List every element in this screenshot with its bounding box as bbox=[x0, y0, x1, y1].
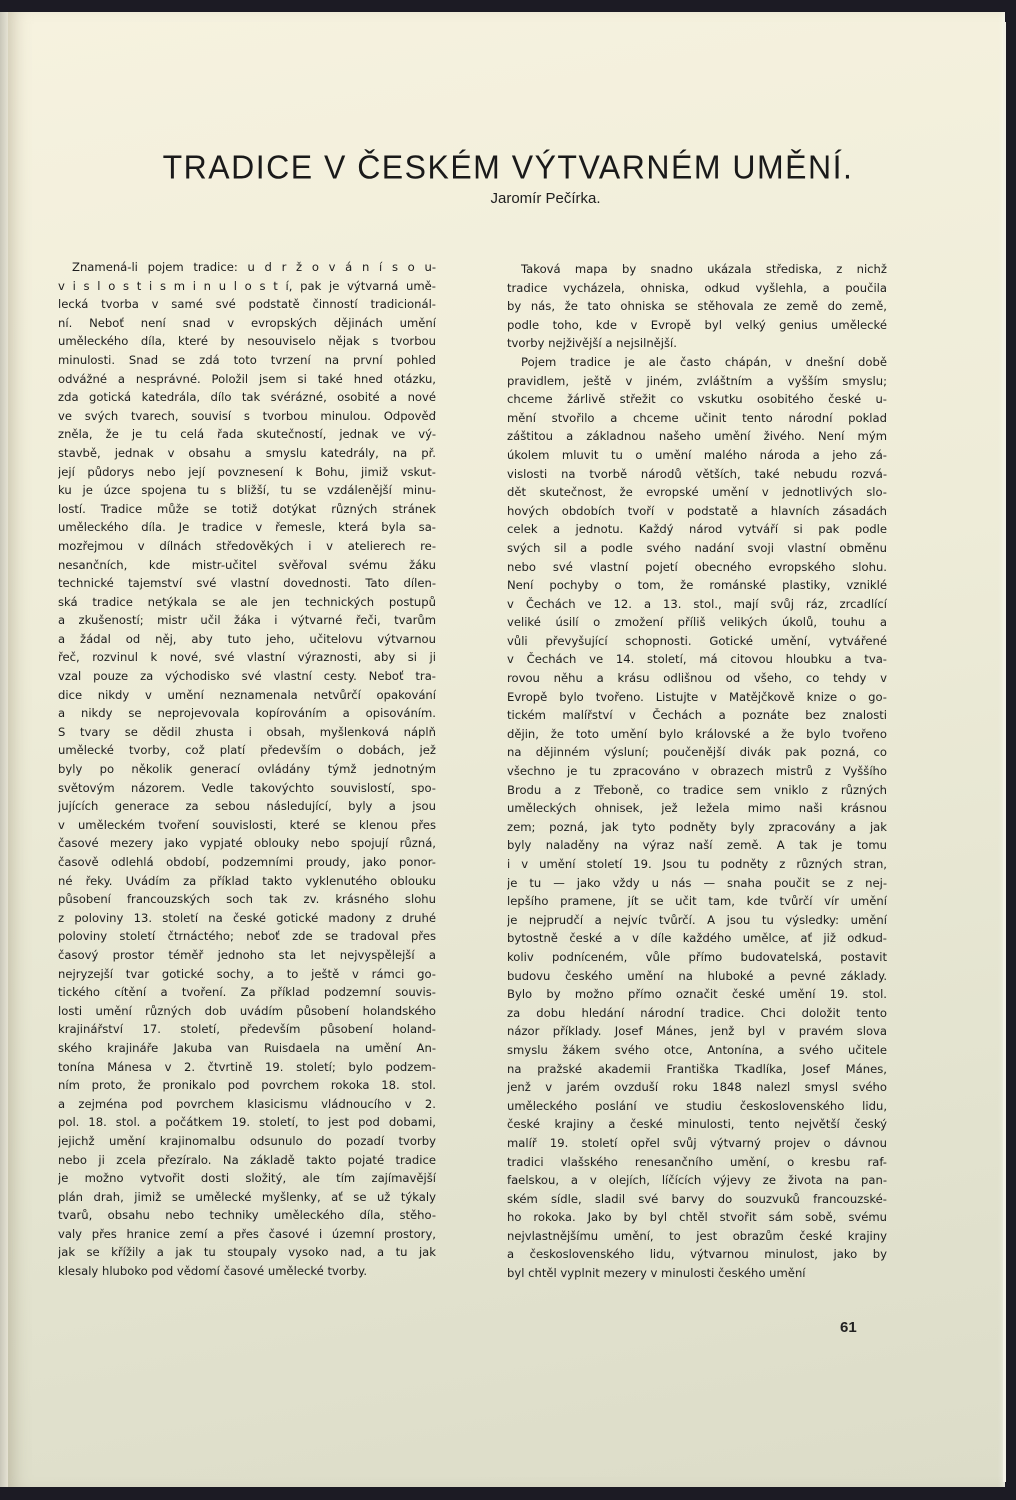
text-line: dějin, že toto umění bylo královské a že… bbox=[507, 725, 887, 744]
text-line: Evropě bylo tvořeno. Listujte v Matějčko… bbox=[507, 688, 887, 707]
text-line: malíř 19. století opřel svůj výtvarný pr… bbox=[507, 1134, 887, 1153]
text-line: pravidlem, ještě v jiném, zvláštním a vy… bbox=[507, 372, 887, 391]
text-line: poloviny století čtrnáctého; neboť zde s… bbox=[58, 927, 436, 946]
text-line: všechno je tu zpracováno v obrazech mist… bbox=[507, 762, 887, 781]
text-line: z poloviny 13. století na české gotické … bbox=[58, 909, 436, 928]
text-line: za dobu hledání národní tradice. Chci do… bbox=[507, 1004, 887, 1023]
text-line: tvorby nejživější a nejsilnější. bbox=[507, 334, 887, 353]
text-line: vzal pouze za východisko své vlastní ces… bbox=[58, 667, 436, 686]
text-line: uměleckého poslání ve studiu českosloven… bbox=[507, 1097, 887, 1116]
left-text-column: Znamená-li pojem tradice: u d r ž o v á … bbox=[58, 258, 436, 1281]
text-line: světovým názorem. Vedle takovýchto souvi… bbox=[58, 779, 436, 798]
text-line: tického cítění a tvoření. Za příklad pod… bbox=[58, 983, 436, 1002]
text-line: tonína Mánesa v 2. čtvrtině 19. století;… bbox=[58, 1058, 436, 1077]
text-line: vůli převyšující schopnosti. Gotické umě… bbox=[507, 632, 887, 651]
text-line: na pražské akademii Františka Tkadlíka, … bbox=[507, 1060, 887, 1079]
text-line: budovu českého umění na hluboké a pevné … bbox=[507, 967, 887, 986]
text-line: chceme žárlivě střežit co vskutku osobit… bbox=[507, 390, 887, 409]
text-line: krajinářství 17. století, především půso… bbox=[58, 1020, 436, 1039]
text-line: české krajiny a české minulosti, tento n… bbox=[507, 1115, 887, 1134]
text-line: ním proto, že pronikalo pod povrchem rok… bbox=[58, 1076, 436, 1095]
text-line: nejryzejší tvar gotické sochy, a to ješt… bbox=[58, 965, 436, 984]
text-line: časové mezery jako vypjaté oblouky nebo … bbox=[58, 834, 436, 853]
text-line: byly naladěny na výraz naší země. A tak … bbox=[507, 836, 887, 855]
text-line: tradici vlašského renesančního umění, o … bbox=[507, 1153, 887, 1172]
text-line: Znamená-li pojem tradice: u d r ž o v á … bbox=[58, 258, 436, 277]
text-line: nebo ji zcela přezíralo. Na základě takt… bbox=[58, 1151, 436, 1170]
text-line: celek a jednotu. Každý národ vytváří si … bbox=[507, 520, 887, 539]
text-line: lostí. Tradice může se totiž dotýkat růz… bbox=[58, 500, 436, 519]
right-text-column: Taková mapa by snadno ukázala střediska,… bbox=[507, 260, 887, 1283]
article-author: Jaromír Pečírka. bbox=[0, 190, 1016, 207]
text-line: smyslu žákem svého otce, Antonína, a své… bbox=[507, 1041, 887, 1060]
text-line: jujících generace za sebou následující, … bbox=[58, 797, 436, 816]
text-line: podle toho, kde v Evropě byl velký geniu… bbox=[507, 316, 887, 335]
text-line: jenž v jarém ovzduší roku 1848 nalezl sm… bbox=[507, 1078, 887, 1097]
text-line: dice nikdy v umění neznamenala netvůrčí … bbox=[58, 686, 436, 705]
text-line: v Čechách ve 12. a 13. stol., mají svůj … bbox=[507, 595, 887, 614]
text-line: odvážné a nesprávné. Položil jsem si tak… bbox=[58, 370, 436, 389]
text-line: Není pochyby o tom, že románské plastiky… bbox=[507, 576, 887, 595]
text-line: uměleckých ohnisek, jež ležela mimo naši… bbox=[507, 799, 887, 818]
text-line: nebo své vlastní pojetí obecného evropsk… bbox=[507, 558, 887, 577]
text-line: veliké úsilí o zmožení příliš velikých ú… bbox=[507, 613, 887, 632]
text-line: tickém malířství v Čechách a poznáte bez… bbox=[507, 706, 887, 725]
text-line: úkolem mluvit tu o umění malého národa a… bbox=[507, 446, 887, 465]
text-line: ská tradice netýkala se ale jen technick… bbox=[58, 593, 436, 612]
text-line: ve svých tvarech, souvisí s tvorbou minu… bbox=[58, 407, 436, 426]
text-line: a československého lidu, výtvarnou minul… bbox=[507, 1245, 887, 1264]
text-line: by nás, že tato ohniska se stěhovala ze … bbox=[507, 297, 887, 316]
text-line: faelskou, a v olejích, líčících výjevy z… bbox=[507, 1171, 887, 1190]
page-right-edge bbox=[1003, 22, 1006, 1482]
page-number: 61 bbox=[840, 1319, 857, 1336]
text-line: časový prostor téměř jednoho sta let nej… bbox=[58, 946, 436, 965]
text-line: svých sil a podle svého nadání svoji vla… bbox=[507, 539, 887, 558]
text-line: ku je úzce spojena tu s bližší, tu se vz… bbox=[58, 481, 436, 500]
text-line: zem; pozná, jak tyto podněty byly zpraco… bbox=[507, 818, 887, 837]
text-line: v Čechách ve 14. století, má citovou hlo… bbox=[507, 650, 887, 669]
text-line: bytostně české a v díle každého umělce, … bbox=[507, 929, 887, 948]
text-line: časově odlehlá období, podzemními proudy… bbox=[58, 853, 436, 872]
text-line: lecká tvorba v samé své podstatě činnost… bbox=[58, 295, 436, 314]
text-line: nesančních, kde mistr-učitel svěřoval sv… bbox=[58, 556, 436, 575]
text-line: Brodu a z Třeboně, co tradice sem vniklo… bbox=[507, 781, 887, 800]
text-line: jejichž umění krajinomalbu odsunulo do p… bbox=[58, 1132, 436, 1151]
text-line: i v umění století 19. Jsou tu podněty z … bbox=[507, 855, 887, 874]
text-line: dět skutečnost, že evropské umění v jedn… bbox=[507, 483, 887, 502]
text-line: valy přes hranice zemí a přes časové i ú… bbox=[58, 1225, 436, 1244]
text-line: né řeky. Uvádím za příklad takto vyklenu… bbox=[58, 872, 436, 891]
text-line: nejvlastnějšímu umění, to jest obrazům č… bbox=[507, 1227, 887, 1246]
text-line: rovou něhu a krásu odlišnou od všeho, co… bbox=[507, 669, 887, 688]
text-line: hových obdobích tvoří v podstatě a hlavn… bbox=[507, 502, 887, 521]
text-line: působení francouzských soch tak zv. krás… bbox=[58, 890, 436, 909]
text-line: minulosti. Snad se zdá toto tvrzení na p… bbox=[58, 351, 436, 370]
text-line: je tu — jako vždy u nás — snaha poučit s… bbox=[507, 874, 887, 893]
text-line: Bylo by možno přímo označit české umění … bbox=[507, 985, 887, 1004]
text-line: v i s l o s t i s m i n u l o s t í, pak… bbox=[58, 277, 436, 296]
text-line: zněla, že je tu celá řada skutečností, j… bbox=[58, 425, 436, 444]
text-line: názor příklady. Josef Mánes, jenž byl v … bbox=[507, 1022, 887, 1041]
text-line: řeč, rozvinul k nové, své vlastní výrazn… bbox=[58, 648, 436, 667]
text-line: v uměleckém tvoření souvislosti, které s… bbox=[58, 816, 436, 835]
text-line: umělecké tvorby, což platí především o d… bbox=[58, 741, 436, 760]
text-line: na dějinném výsluní; poučenější divák pa… bbox=[507, 743, 887, 762]
text-line: S tvary se dědil zhusta i obsah, myšlenk… bbox=[58, 723, 436, 742]
text-line: a žádal od něj, aby tuto jeho, učitelovu… bbox=[58, 630, 436, 649]
text-line: byl chtěl vyplnit mezery v minulosti čes… bbox=[507, 1264, 887, 1283]
text-line: ní. Neboť není snad v evropských dějinác… bbox=[58, 314, 436, 333]
text-line: ském sídle, sladil své barvy do souzvuků… bbox=[507, 1190, 887, 1209]
text-line: byly po několik generací ovládány týmž j… bbox=[58, 760, 436, 779]
text-line: mozřejmou v dílnách středověkých i v ate… bbox=[58, 537, 436, 556]
text-line: uměleckého díla. Je tradice v řemesle, k… bbox=[58, 518, 436, 537]
text-line: ho rokoka. Jako by byl chtěl stvořit sám… bbox=[507, 1208, 887, 1227]
text-line: uměleckého díla, které by nesouviselo ně… bbox=[58, 332, 436, 351]
text-line: lepšího pramene, jít se učit tam, kde tv… bbox=[507, 892, 887, 911]
text-line: Pojem tradice je ale často chápán, v dne… bbox=[507, 353, 887, 372]
text-line: a zejména pod povrchem klasicismu vládno… bbox=[58, 1095, 436, 1114]
article-title: TRADICE V ČESKÉM VÝTVARNÉM UMĚNÍ. bbox=[0, 149, 1016, 188]
text-line: záštitou a základnou našeho umění živého… bbox=[507, 427, 887, 446]
text-line: tvarů, obsahu nebo techniky uměleckého d… bbox=[58, 1206, 436, 1225]
text-line: plán drah, jimiž se umělecké myšlenky, a… bbox=[58, 1188, 436, 1207]
text-line: je nejprudčí a nejvíc tvůrčí. A jsou tu … bbox=[507, 911, 887, 930]
text-line: koliv podníceném, vůle přímo budovatelsk… bbox=[507, 948, 887, 967]
text-line: zda gotická katedrála, dílo tak svérázné… bbox=[58, 388, 436, 407]
text-line: je možno vytvořit dosti složitý, ale tím… bbox=[58, 1169, 436, 1188]
text-line: a zkušeností; mistr učil žáka i výtvarné… bbox=[58, 611, 436, 630]
text-line: tradice vycházela, ohniska, odkud vyšleh… bbox=[507, 279, 887, 298]
text-line: a nikdy se neprojevovala kopírováním a o… bbox=[58, 704, 436, 723]
text-line: klesaly hluboko pod vědomí časové umělec… bbox=[58, 1262, 436, 1281]
text-line: pol. 18. stol. a počátkem 19. století, t… bbox=[58, 1113, 436, 1132]
text-line: mění stvořilo a chceme učinit tento náro… bbox=[507, 409, 887, 428]
text-line: losti umění různých dob uvádím působení … bbox=[58, 1002, 436, 1021]
text-line: vislosti na tvorbě národů větších, také … bbox=[507, 465, 887, 484]
text-line: stavbě, jednak v obsahu a smyslu katedrá… bbox=[58, 444, 436, 463]
text-line: jak se křížily a jak tu stoupaly vysoko … bbox=[58, 1243, 436, 1262]
text-line: ského krajináře Jakuba van Ruisdaela na … bbox=[58, 1039, 436, 1058]
text-line: její půdorys nebo její povznesení k Bohu… bbox=[58, 463, 436, 482]
text-line: Taková mapa by snadno ukázala střediska,… bbox=[507, 260, 887, 279]
text-line: technické tajemství své vlastní dovednos… bbox=[58, 574, 436, 593]
